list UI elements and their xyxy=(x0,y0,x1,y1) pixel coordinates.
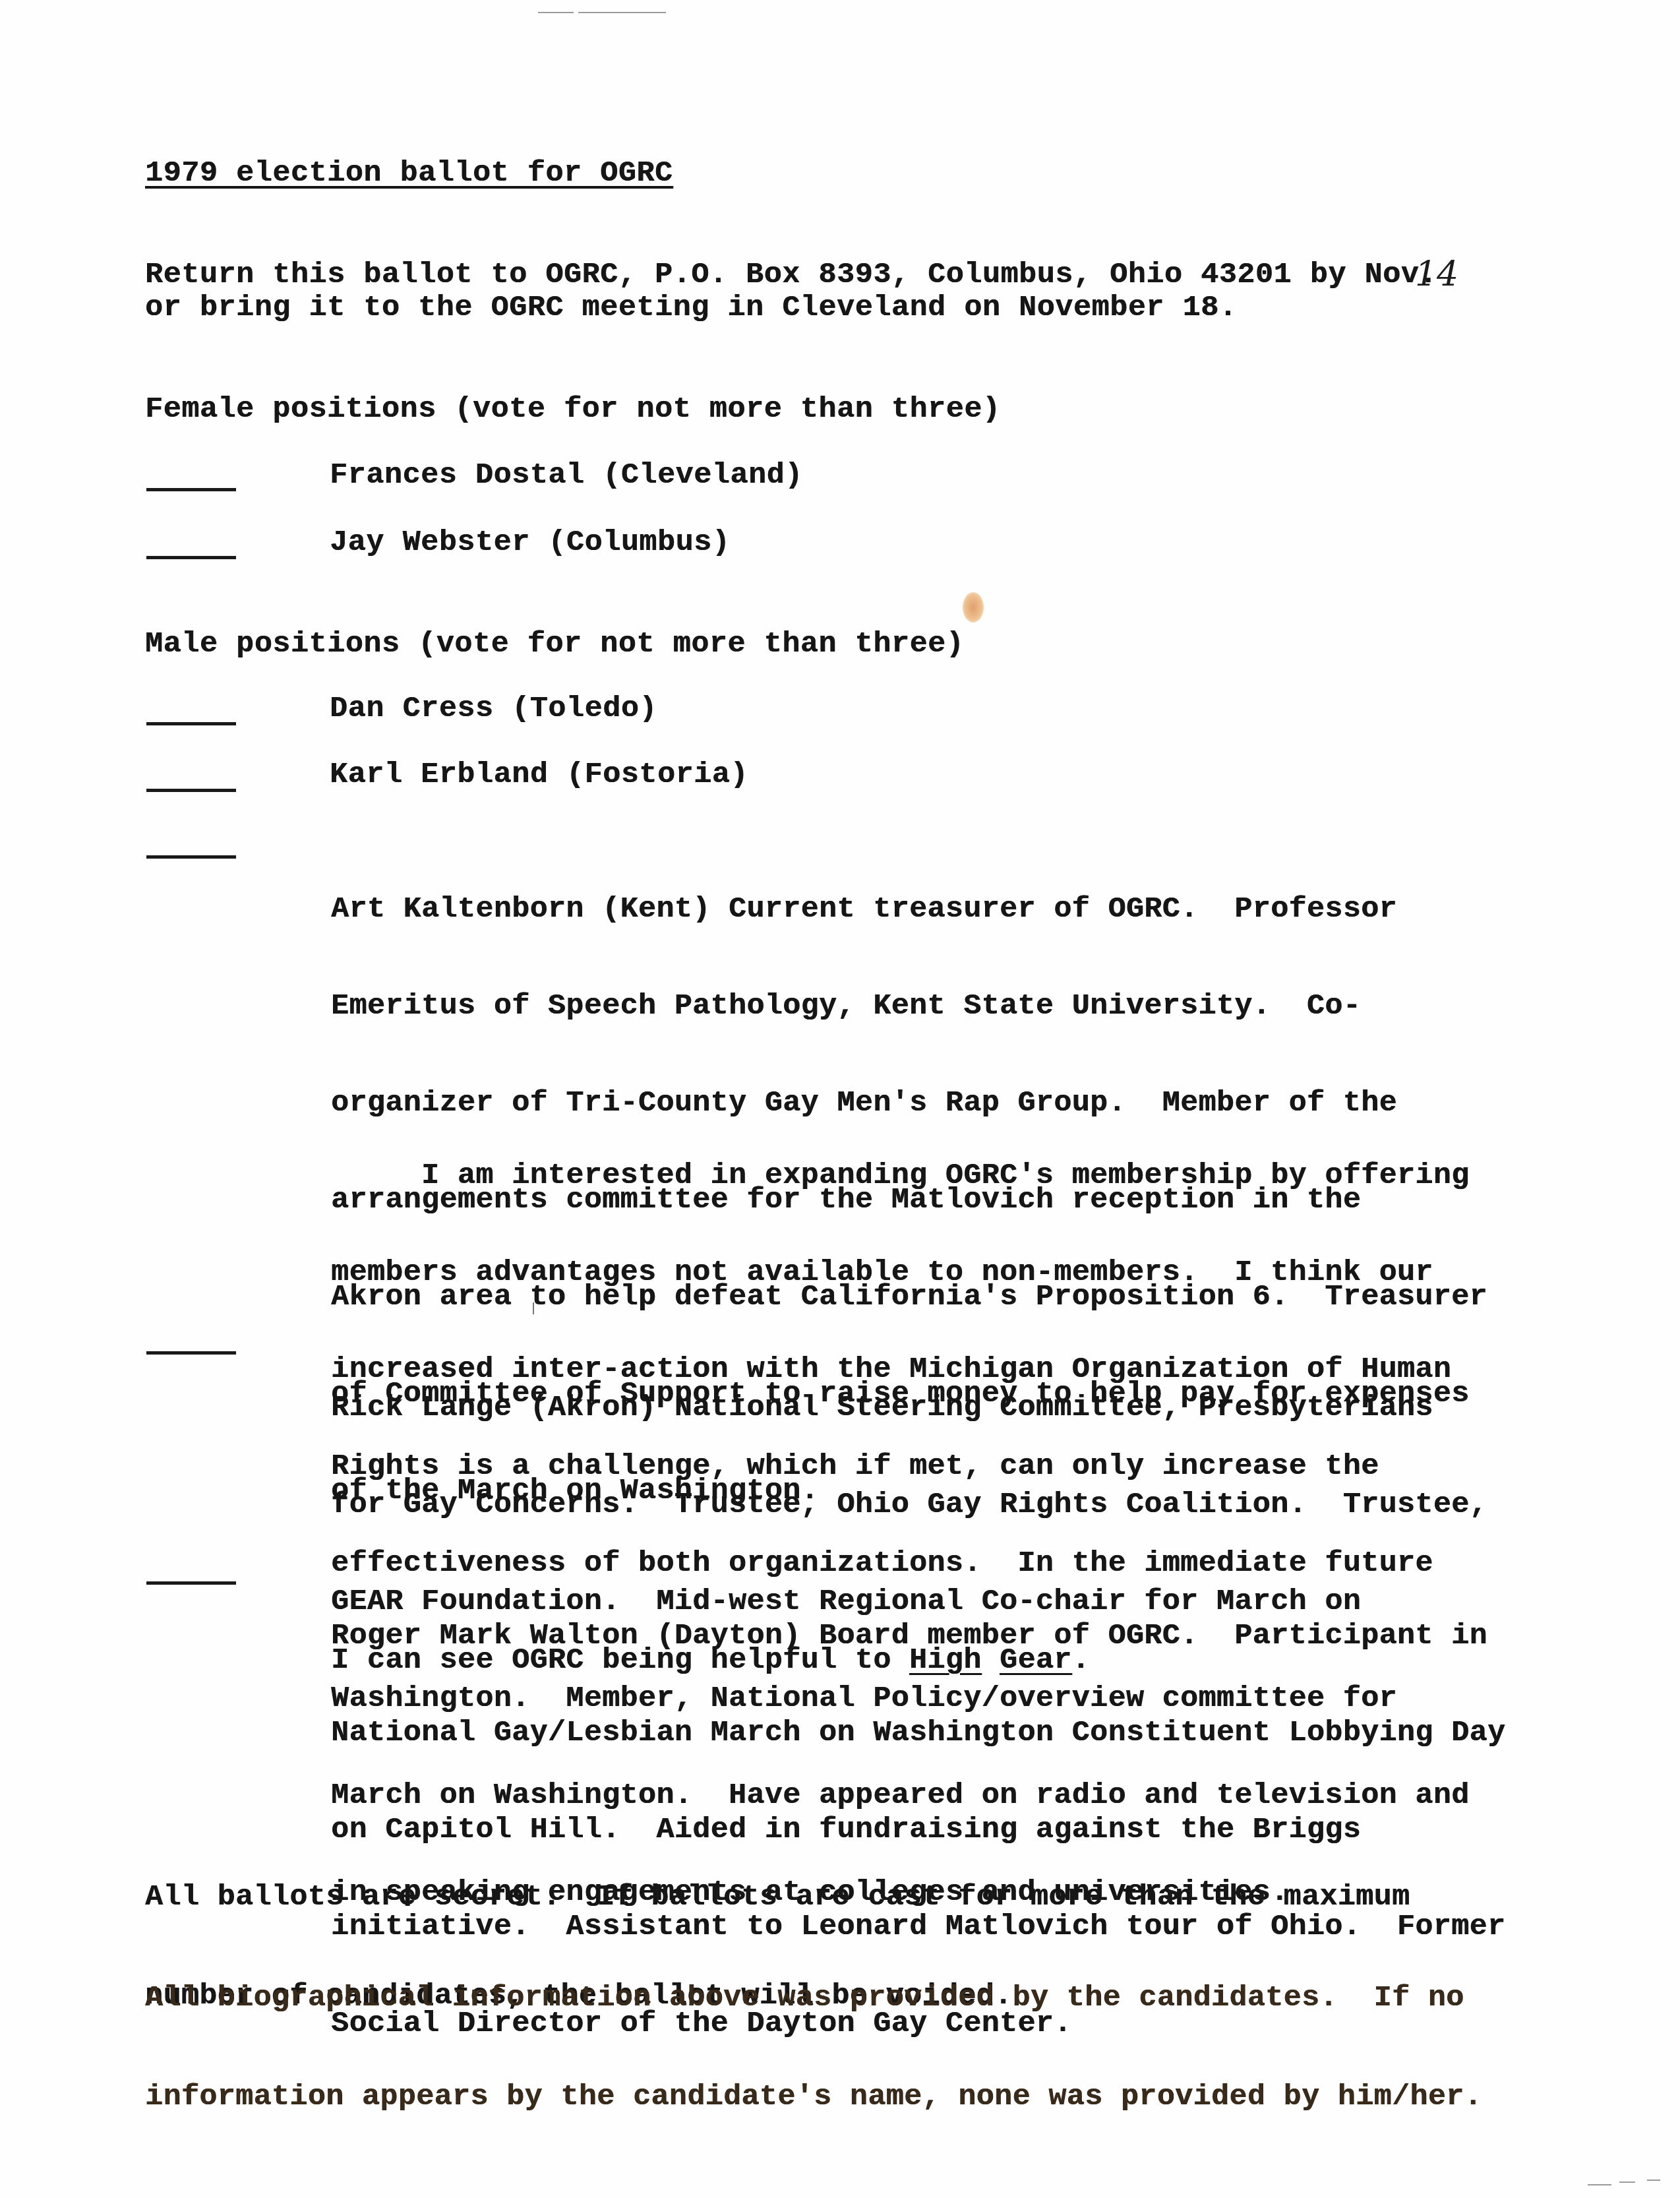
candidate-jay-webster: Jay Webster (Columbus) xyxy=(330,526,730,559)
scan-artifact-top xyxy=(538,12,574,13)
bio-line: Emeritus of Speech Pathology, Kent State… xyxy=(331,990,1487,1022)
note-line: information appears by the candidate's n… xyxy=(145,2081,1482,2114)
return-instructions-line-1: Return this ballot to OGRC, P.O. Box 839… xyxy=(145,259,1437,291)
scan-artifact-bottom xyxy=(1647,2180,1660,2181)
vote-blank-dan-cress[interactable] xyxy=(146,722,236,725)
vote-blank-jay-webster[interactable] xyxy=(146,556,236,559)
vote-blank-roger-mark-walton[interactable] xyxy=(146,1581,236,1585)
female-positions-heading: Female positions (vote for not more than… xyxy=(145,393,1000,426)
candidate-karl-erbland: Karl Erbland (Fostoria) xyxy=(330,758,748,791)
male-positions-heading: Male positions (vote for not more than t… xyxy=(145,628,964,661)
scan-artifact-bottom xyxy=(1619,2182,1635,2183)
vote-blank-karl-erbland[interactable] xyxy=(146,789,236,792)
scan-artifact-bottom xyxy=(1588,2184,1611,2185)
statement-line: members advantages not available to non-… xyxy=(331,1256,1469,1289)
candidate-frances-dostal: Frances Dostal (Cleveland) xyxy=(330,459,803,492)
vote-blank-frances-dostal[interactable] xyxy=(146,488,236,491)
statement-line: I am interested in expanding OGRC's memb… xyxy=(331,1159,1469,1192)
bio-line: Roger Mark Walton (Dayton) Board member … xyxy=(331,1620,1505,1652)
ballot-title: 1979 election ballot for OGRC xyxy=(145,157,673,190)
note-line: All ballots are secret. If ballots are c… xyxy=(145,1881,1410,1914)
candidate-dan-cress: Dan Cress (Toledo) xyxy=(330,692,657,725)
bio-line: Rick Lange (Akron) National Steering Com… xyxy=(331,1391,1487,1424)
bio-line: Art Kaltenborn (Kent) Current treasurer … xyxy=(331,893,1487,925)
biographical-info-note: All biographical information above was p… xyxy=(145,1916,1482,2180)
bio-line: National Gay/Lesbian March on Washington… xyxy=(331,1717,1505,1749)
return-instructions-line-2: or bring it to the OGRC meeting in Cleve… xyxy=(145,291,1237,324)
vote-blank-rick-lange[interactable] xyxy=(146,1351,236,1355)
scan-artifact-top xyxy=(578,12,666,13)
scan-artifact xyxy=(533,1302,534,1314)
vote-blank-art-kaltenborn[interactable] xyxy=(146,855,236,859)
ballot-page: 1979 election ballot for OGRC Return thi… xyxy=(0,0,1680,2198)
paper-stain xyxy=(963,592,984,623)
bio-line: for Gay Concerns. Trustee, Ohio Gay Righ… xyxy=(331,1488,1487,1521)
handwritten-date: 14 xyxy=(1415,255,1458,294)
note-line: All biographical information above was p… xyxy=(145,1982,1482,2015)
